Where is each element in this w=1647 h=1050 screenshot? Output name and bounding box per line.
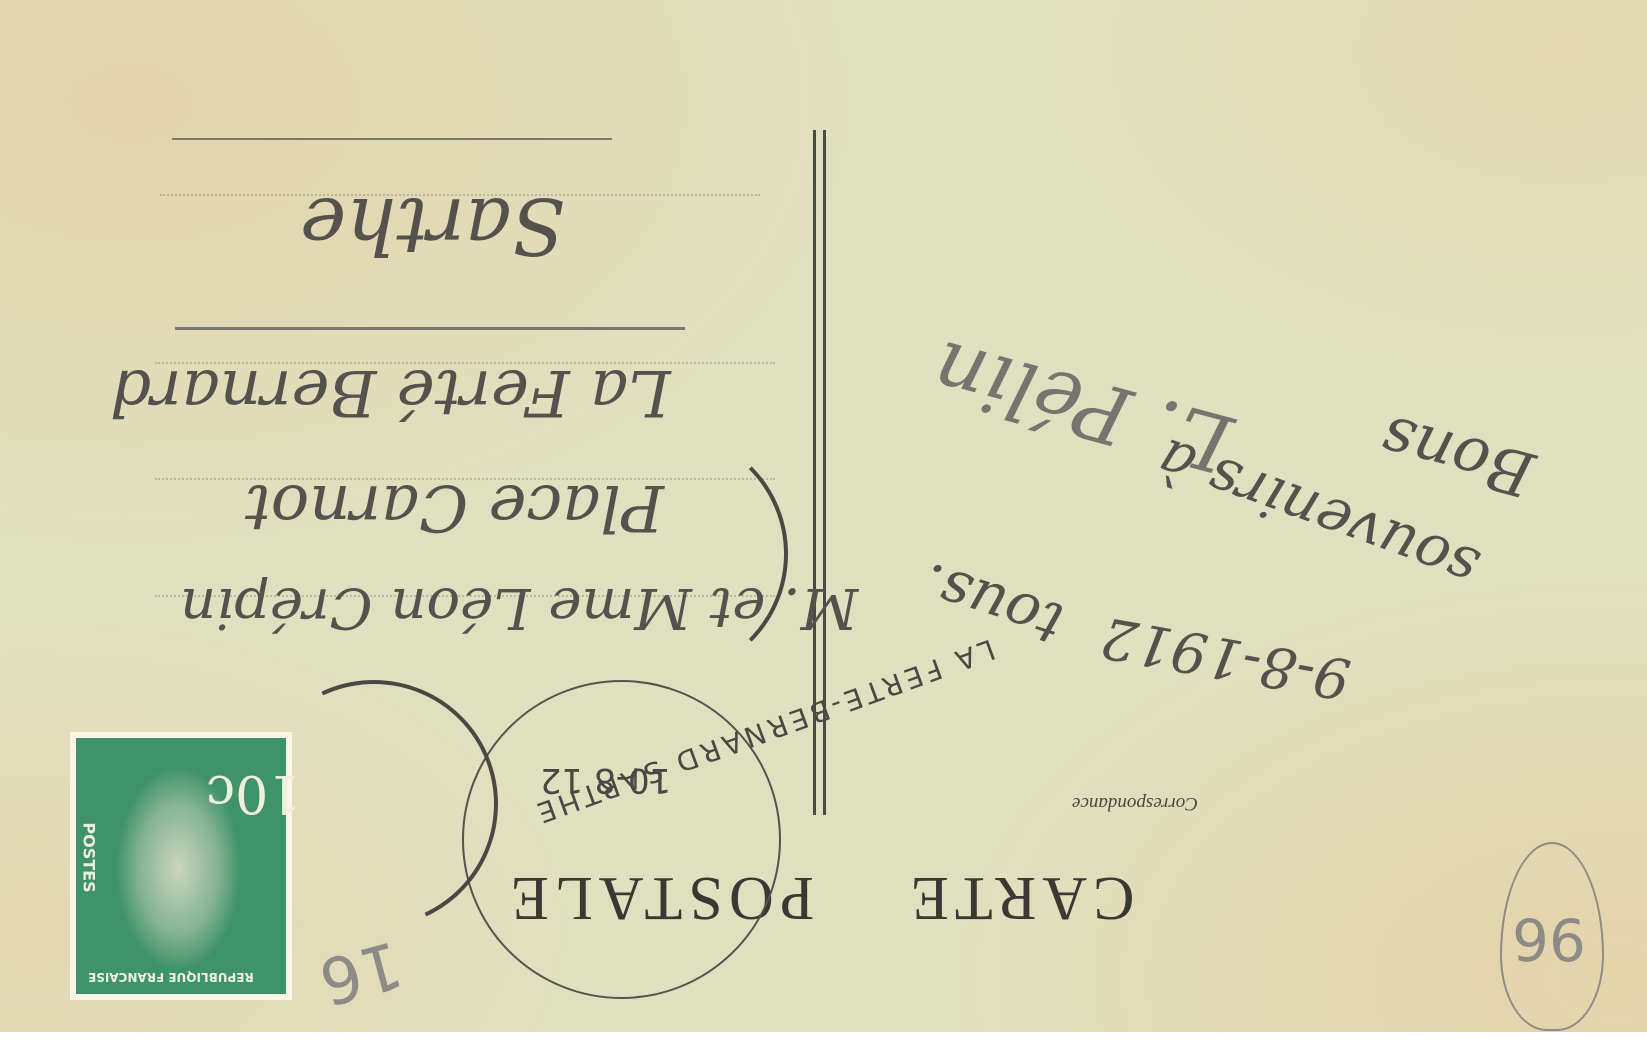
stamp-label: POSTES [80,822,99,892]
address-rule-top [172,138,612,140]
address-rule [175,327,685,330]
message-line1: Bons [1373,401,1541,512]
pencil-note-right: 96 [1512,905,1586,973]
message-signature: L. Pélin [923,322,1241,491]
address-line3: La Ferté Bernard [110,355,671,429]
postcard-back: CARTE POSTALE Correspondance Sarthe La F… [0,0,1647,1032]
cancel-mark-arc [540,430,788,678]
header-carte: CARTE [905,862,1135,933]
address-line4: Sarthe [300,180,565,270]
message-date: 9-8-1912 [1096,604,1355,712]
correspondence-label: Correspondance [1072,792,1198,814]
pencil-note-left: 16 [312,926,410,1019]
stamp-country: REPUBLIQUE FRANCAISE [88,970,254,984]
